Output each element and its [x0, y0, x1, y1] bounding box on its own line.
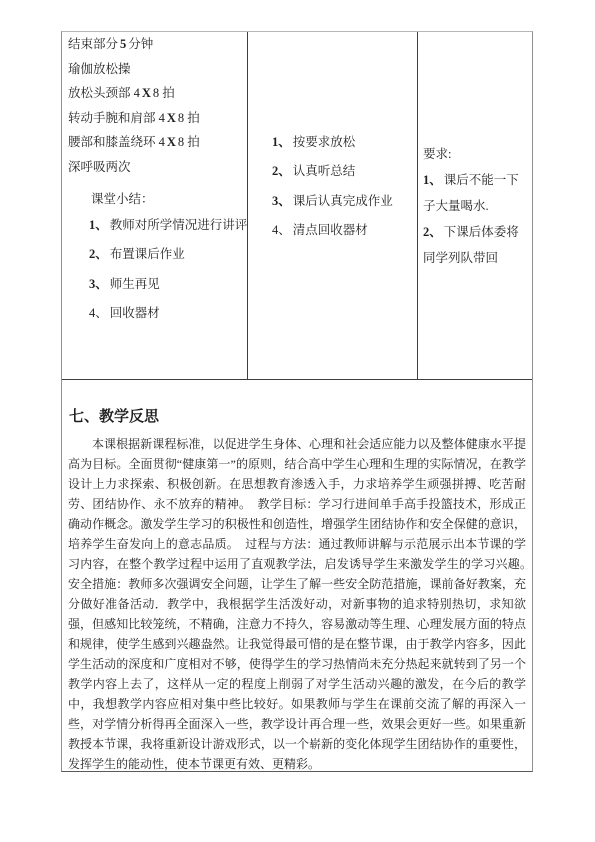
line-text: 腰部和膝盖绕环 4: [68, 135, 165, 149]
list-item-number: 3、: [272, 194, 293, 208]
list-item-number: 3、: [89, 277, 110, 291]
list-item-text: 清点回收器材: [293, 223, 368, 237]
list-item-text: 课后认真完成作业: [293, 194, 393, 208]
list-item: 1、教师对所学情况进行讲评: [89, 211, 244, 241]
line-text-bold: 5: [118, 37, 128, 51]
list-item-number: 2、: [423, 225, 444, 239]
document-page: 结束部分5分钟 瑜伽放松操 放松头颈部 4X8 拍 转动手腕和肩部 4X8 拍 …: [0, 0, 595, 842]
list-item: 2、认真听总结: [272, 157, 413, 186]
list-item-text: 师生再见: [110, 277, 160, 291]
list-item-text: 按要求放松: [293, 135, 356, 149]
line-text-bold: X: [140, 86, 153, 100]
line-text: 8 拍: [178, 111, 200, 125]
student-activity-cell: 1、按要求放松 2、认真听总结 3、课后认真完成作业 4、清点回收器材: [248, 32, 418, 379]
list-item-text: 回收器材: [110, 306, 160, 320]
list-item: 1、课后不能一下子大量喝水.: [423, 167, 528, 219]
content-line: 放松头颈部 4X8 拍: [68, 81, 244, 106]
list-item: 2、布置课后作业: [89, 240, 244, 270]
line-text: 结束部分: [68, 37, 118, 51]
line-text-bold: [131, 62, 135, 76]
list-item-number: 4、: [272, 223, 293, 237]
list-item: 1、按要求放松: [272, 128, 413, 157]
requirements-cell: 要求: 1、课后不能一下子大量喝水. 2、下课后体委将同学列队带回: [418, 32, 532, 379]
content-line: 瑜伽放松操: [68, 57, 244, 82]
lesson-plan-last-row: 结束部分5分钟 瑜伽放松操 放松头颈部 4X8 拍 转动手腕和肩部 4X8 拍 …: [62, 32, 532, 380]
content-line: 转动手腕和肩部 4X8 拍: [68, 106, 244, 131]
list-item-text: 布置课后作业: [110, 247, 185, 261]
list-item: 3、课后认真完成作业: [272, 187, 413, 216]
line-text: 深呼吸两次: [68, 160, 131, 174]
teaching-reflection-section: 七、教学反思 本课根据新课程标准，以促进学生身体、心理和社会适应能力以及整体健康…: [62, 407, 532, 771]
list-item-number: 4、: [89, 306, 110, 320]
list-item: 2、下课后体委将同学列队带回: [423, 219, 528, 271]
line-text: 瑜伽放松操: [68, 62, 131, 76]
requirements-title: 要求:: [423, 141, 528, 167]
line-text-bold: X: [165, 111, 178, 125]
line-text: 分钟: [128, 37, 153, 51]
line-text-bold: [131, 160, 135, 174]
line-text-bold: X: [165, 135, 178, 149]
reflection-body: 本课根据新课程标准，以促进学生身体、心理和社会适应能力以及整体健康水平提高为目标…: [68, 434, 526, 774]
list-item-text: 教师对所学情况进行讲评: [110, 218, 248, 232]
list-item-number: 1、: [89, 218, 110, 232]
lesson-plan-table: 结束部分5分钟 瑜伽放松操 放松头颈部 4X8 拍 转动手腕和肩部 4X8 拍 …: [61, 31, 533, 772]
content-line: 结束部分5分钟: [68, 32, 244, 57]
content-line: 腰部和膝盖绕环 4X8 拍: [68, 130, 244, 155]
content-line: 深呼吸两次: [68, 155, 244, 180]
list-item-number: 1、: [423, 173, 444, 187]
ending-section-cell: 结束部分5分钟 瑜伽放松操 放松头颈部 4X8 拍 转动手腕和肩部 4X8 拍 …: [62, 32, 248, 379]
list-item: 4、回收器材: [89, 299, 244, 329]
class-summary-title: 课堂小结：: [91, 187, 244, 211]
line-text: 8 拍: [153, 86, 175, 100]
reflection-heading: 七、教学反思: [69, 407, 526, 428]
list-item-text: 认真听总结: [293, 164, 356, 178]
list-item: 4、清点回收器材: [272, 216, 413, 245]
line-text: 放松头颈部 4: [68, 86, 140, 100]
line-text: 转动手腕和肩部 4: [68, 111, 165, 125]
list-item-number: 2、: [89, 247, 110, 261]
list-item: 3、师生再见: [89, 270, 244, 300]
list-item-number: 2、: [272, 164, 293, 178]
list-item-number: 1、: [272, 135, 293, 149]
line-text: 8 拍: [178, 135, 200, 149]
